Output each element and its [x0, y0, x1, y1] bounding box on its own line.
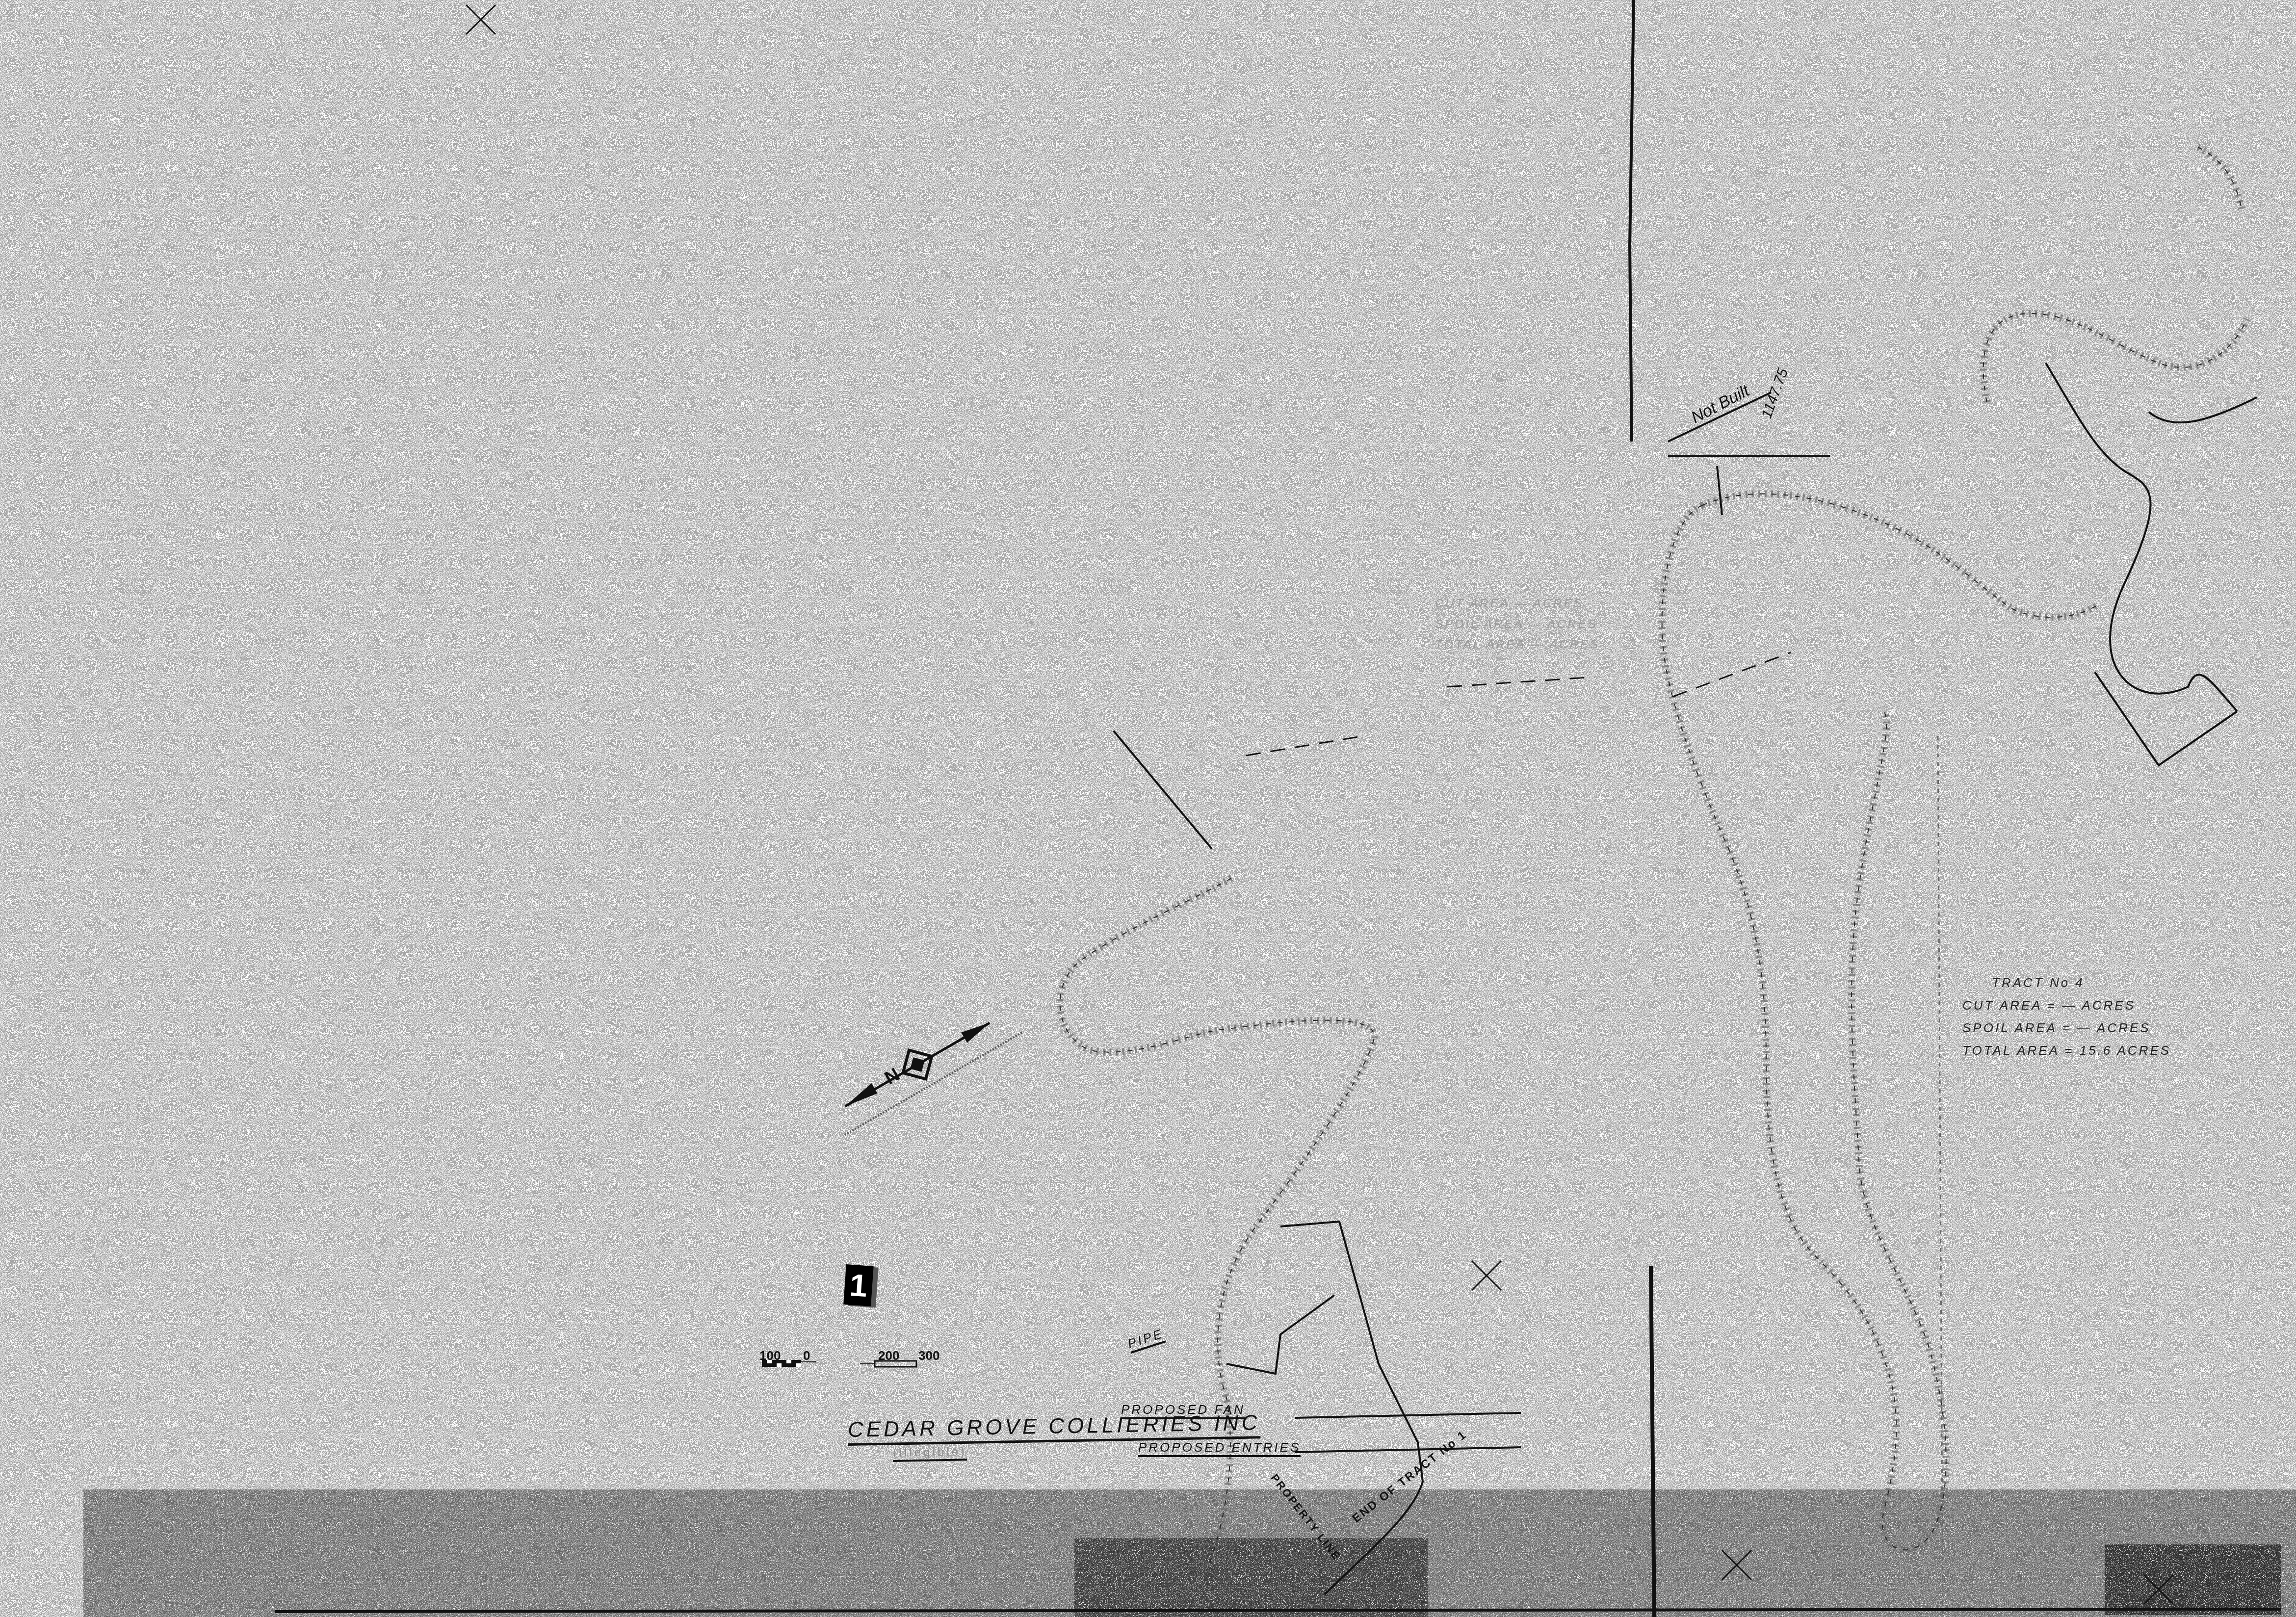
- faded-area-table: CUT AREA — ACRES SPOIL AREA — ACRES TOTA…: [1435, 594, 1600, 655]
- plat-map-canvas: [0, 0, 2296, 1617]
- scale-label-200: 200: [878, 1348, 899, 1363]
- faded-row-spoil: SPOIL AREA — ACRES: [1435, 614, 1600, 635]
- scale-label-300: 300: [918, 1348, 939, 1363]
- scale-label-0: 0: [803, 1348, 810, 1363]
- faded-row-cut: CUT AREA — ACRES: [1435, 594, 1600, 614]
- scan-smudge-band: [275, 1501, 2267, 1617]
- tract-row-cut: CUT AREA = — ACRES: [1962, 994, 2171, 1017]
- scale-label-100: 100: [759, 1348, 781, 1363]
- paper-grain: [0, 0, 2296, 1617]
- tract-heading: TRACT No 4: [1962, 971, 2171, 994]
- tract-row-total: TOTAL AREA = 15.6 ACRES: [1962, 1039, 2171, 1062]
- faded-row-total: TOTAL AREA — ACRES: [1435, 635, 1600, 655]
- sheet-number-badge: 1: [843, 1264, 874, 1306]
- tract-area-table: TRACT No 4 CUT AREA = — ACRES SPOIL AREA…: [1962, 971, 2171, 1062]
- proposed-entries-label: PROPOSED ENTRIES: [1138, 1440, 1301, 1457]
- map-subtitle: (illegible): [893, 1445, 967, 1462]
- tract-row-spoil: SPOIL AREA = — ACRES: [1962, 1017, 2171, 1039]
- proposed-fan-label: PROPOSED FAN: [1121, 1402, 1245, 1419]
